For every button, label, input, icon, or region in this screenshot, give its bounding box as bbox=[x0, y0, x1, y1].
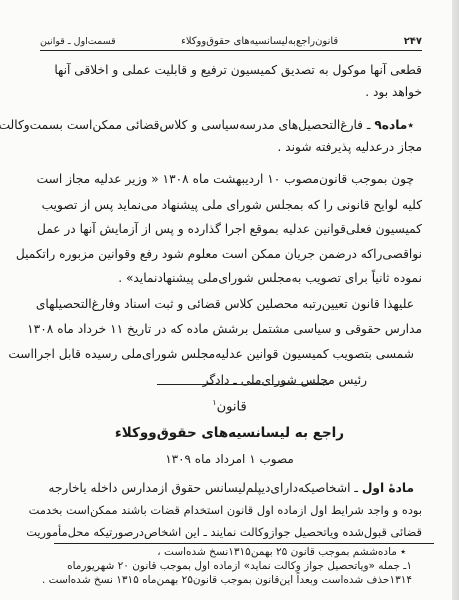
page-edge bbox=[452, 0, 459, 600]
body-line: قضائی قبول‌شده ویاتحصیل جوازوکالت نمایند… bbox=[26, 520, 422, 545]
footnote: ٭ ماده‌ششم بموجب قانون ۲۵ بهمن‌۱۳۱۵نسخ ش… bbox=[157, 546, 406, 558]
scanned-page: ۲۴۷ قانون‌راجع‌به‌لیسانسیه‌های حقوق‌و‌وک… bbox=[0, 0, 452, 600]
article-1: مادهٔ اول ـ اشخاصیکه‌دارای‌دیپلم‌لیسانس … bbox=[52, 0, 422, 600]
article-1-label: مادهٔ اول bbox=[362, 481, 414, 495]
footnote: ۱ـ جمله «ویاتحصیل جواز وکالت نماید» ازما… bbox=[67, 560, 412, 572]
article-1-text: ـ اشخاصیکه‌دارای‌دیپلم‌لیسانس حقوق ازمدا… bbox=[48, 481, 361, 495]
footnote-rule bbox=[54, 543, 434, 544]
footnote: ۱۳۱۴حذف شده‌است وبعداً این‌قانون بموجب ق… bbox=[42, 574, 412, 586]
